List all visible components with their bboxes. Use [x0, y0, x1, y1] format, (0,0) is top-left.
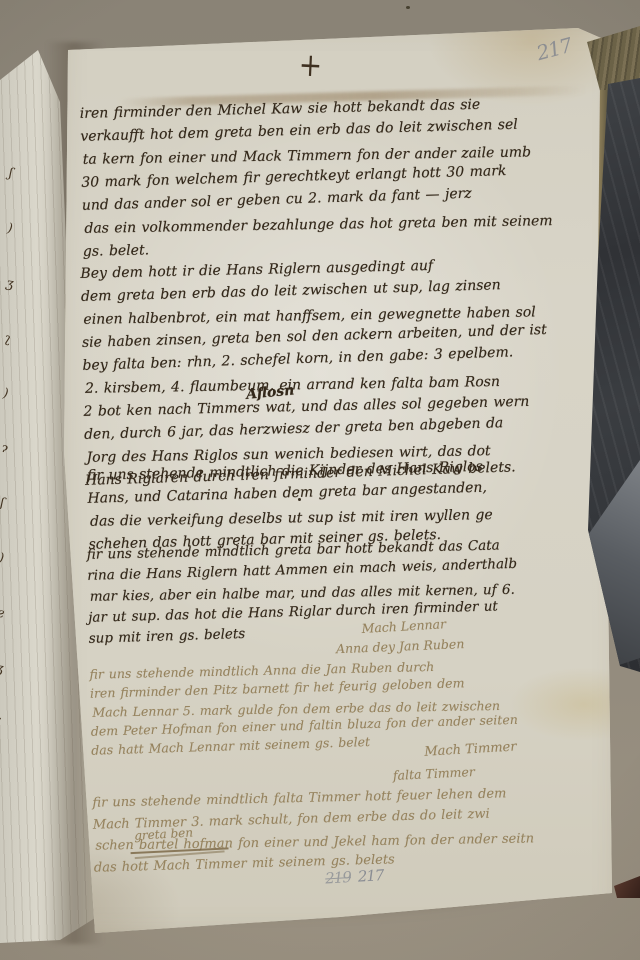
manuscript-line: ʅ	[0, 311, 31, 369]
page-text-layer: + 217 iren firminder den Michel Kaw sie …	[30, 16, 636, 951]
manuscript-line: )	[0, 366, 29, 424]
manuscript-line: )	[3, 201, 34, 259]
manuscript-line: ʃ	[4, 146, 35, 204]
manuscript-page: + 217 iren firminder den Michel Kaw sie …	[40, 22, 625, 944]
manuscript-line: ʒ	[0, 641, 22, 699]
manuscript-line: )	[0, 751, 19, 809]
folio-number-pencil-top: 217	[534, 33, 574, 65]
entry-paragraph-5: fir uns stehende mindtlich Anna die Jan …	[89, 653, 599, 760]
entry-paragraph-1: iren firminder den Michel Kaw sie hott b…	[80, 92, 570, 264]
book-cover-corner	[614, 874, 640, 898]
table-speck	[406, 6, 410, 9]
folio-number-pencil-bottom: 219217	[325, 866, 384, 887]
manuscript-line: ƨ	[0, 586, 24, 644]
struck-folio-number: 219	[325, 868, 352, 887]
manuscript-line: ʃ	[0, 696, 21, 754]
manuscript-line: )	[0, 531, 25, 589]
facing-page-ink-fragments: ʃ)ʒʅ)ɂʃ)ƨʒʃ)	[0, 146, 32, 806]
manuscript-line: ʃ	[0, 476, 27, 534]
invocation-cross-mark: +	[298, 46, 323, 85]
archive-photo-of-manuscript: { "colors": { "table_surface": "#8f8779"…	[0, 0, 640, 960]
manuscript-line: ɂ	[0, 421, 28, 479]
folio-number: 217	[357, 866, 384, 885]
witness-name-heading-2: falta Timmer	[393, 764, 476, 783]
entry-paragraph-4: fir uns stehende mindtlich greta bar hot…	[87, 533, 587, 649]
manuscript-line: ʒ	[2, 256, 33, 314]
